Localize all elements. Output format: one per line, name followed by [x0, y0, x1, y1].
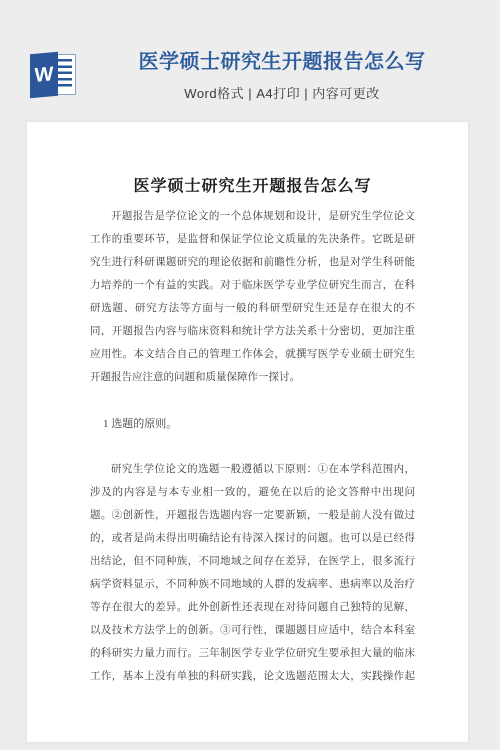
- text-line: 研选题、研究方法等方面与一般的科研型研究生还是存在很大的不: [90, 297, 415, 320]
- text-line: 以及技术方法学上的创新。③可行性，课题题目应适中，结合本科室: [90, 619, 415, 642]
- text-line: 研究生学位论文的选题一般遵循以下原则：①在本学科范围内，: [90, 458, 415, 481]
- word-logo-icon: W: [30, 50, 80, 100]
- text-line: 题。②创新性，开题报告选题内容一定要新颖，一般是前人没有做过: [90, 504, 415, 527]
- text-line: 出结论，但不同种族，不同地域之间存在差异，在医学上，很多流行: [90, 550, 415, 573]
- text-line: 等存在很大的差异。此外创新性还表现在对待问题自己独特的见解，: [90, 596, 415, 619]
- intro-paragraph: 开题报告是学位论文的一个总体规划和设计，是研究生学位论文工作的重要环节，是监督和…: [90, 205, 415, 389]
- page-header: W 医学硕士研究生开题报告怎么写 Word格式 | A4打印 | 内容可更改: [0, 0, 500, 122]
- text-line: 开题报告是学位论文的一个总体规划和设计，是研究生学位论文: [90, 205, 415, 228]
- text-line: 的，或者是尚未得出明确结论有待深入探讨的问题。也可以是已经得: [90, 527, 415, 550]
- text-line: 病学资料显示，不同种族不同地域的人群的发病率、患病率以及治疗: [90, 573, 415, 596]
- text-line: 究生进行科研课题研究的理论依据和前瞻性分析，也是对学生科研能: [90, 251, 415, 274]
- document-content: 医学硕士研究生开题报告怎么写 开题报告是学位论文的一个总体规划和设计，是研究生学…: [27, 122, 468, 742]
- document-preview-page[interactable]: 医学硕士研究生开题报告怎么写 开题报告是学位论文的一个总体规划和设计，是研究生学…: [27, 122, 468, 742]
- header-text-block: 医学硕士研究生开题报告怎么写 Word格式 | A4打印 | 内容可更改: [80, 49, 480, 102]
- word-flap-icon: W: [30, 52, 58, 98]
- text-line: 的科研实力量力而行。三年制医学专业学位研究生要承担大量的临床: [90, 642, 415, 665]
- document-title: 医学硕士研究生开题报告怎么写: [90, 176, 415, 198]
- page-root: { "header": { "title": "医学硕士研究生开题报告怎么写",…: [0, 0, 500, 750]
- word-document-lines-icon: [56, 59, 72, 90]
- section-heading: 1 选题的原则。: [103, 413, 415, 436]
- text-line: 工作的重要环节，是监督和保证学位论文质量的先决条件。它既是研: [90, 228, 415, 251]
- page-title: 医学硕士研究生开题报告怎么写: [84, 49, 480, 75]
- word-letter: W: [35, 63, 54, 88]
- text-line: 力培养的一个有益的实践。对于临床医学专业学位研究生而言，在科: [90, 274, 415, 297]
- text-line: 涉及的内容是与本专业相一致的，避免在以后的论文答辩中出现问: [90, 481, 415, 504]
- text-line: 同，开题报告内容与临床资料和统计学方法关系十分密切，更加注重: [90, 320, 415, 343]
- text-line: 应用性。本文结合自己的管理工作体会，就撰写医学专业硕士研究生: [90, 343, 415, 366]
- format-subtitle: Word格式 | A4打印 | 内容可更改: [84, 83, 480, 102]
- body-paragraph: 研究生学位论文的选题一般遵循以下原则：①在本学科范围内，涉及的内容是与本专业相一…: [90, 458, 415, 688]
- text-line: 开题报告应注意的问题和质量保障作一探讨。: [90, 366, 415, 389]
- text-line: 工作，基本上没有单独的科研实践，论文选题范围太大，实践操作起: [90, 665, 415, 688]
